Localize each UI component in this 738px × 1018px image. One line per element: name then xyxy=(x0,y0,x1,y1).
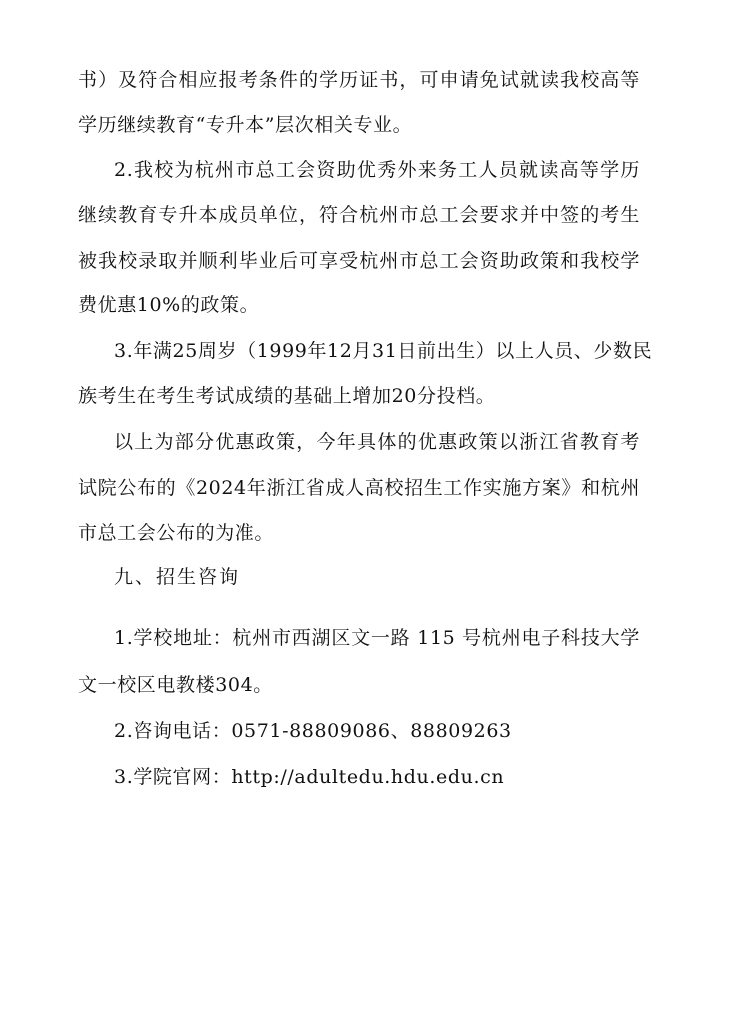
paragraph-line: 以上为部分优惠政策，今年具体的优惠政策以浙江省教育考 xyxy=(114,429,640,455)
section-heading: 九、招生咨询 xyxy=(114,564,640,590)
paragraph-line: 试院公布的《2024年浙江省成人高校招生工作实施方案》和杭州 xyxy=(78,475,640,501)
paragraph-line: 费优惠10%的政策。 xyxy=(78,292,640,318)
phone-line: 2.咨询电话：0571-88809086、88809263 xyxy=(114,718,640,744)
paragraph-line: 3.年满25周岁（1999年12月31日前出生）以上人员、少数民 xyxy=(114,338,640,364)
paragraph-line: 市总工会公布的为准。 xyxy=(78,520,640,546)
paragraph-line: 被我校录取并顺利毕业后可享受杭州市总工会资助政策和我校学 xyxy=(78,248,640,274)
document-page: 书）及符合相应报考条件的学历证书，可申请免试就读我校高等 学历继续教育“专升本”… xyxy=(0,0,738,1018)
paragraph-line: 学历继续教育“专升本”层次相关专业。 xyxy=(78,112,640,138)
paragraph-line: 2.我校为杭州市总工会资助优秀外来务工人员就读高等学历 xyxy=(114,157,640,183)
address-line: 1.学校地址：杭州市西湖区文一路 115 号杭州电子科技大学 xyxy=(114,625,640,651)
paragraph-line: 书）及符合相应报考条件的学历证书，可申请免试就读我校高等 xyxy=(78,67,640,93)
paragraph-line: 族考生在考生考试成绩的基础上增加20分投档。 xyxy=(78,383,640,409)
website-line: 3.学院官网：http://adultedu.hdu.edu.cn xyxy=(114,764,640,790)
address-line: 文一校区电教楼304。 xyxy=(78,672,640,698)
paragraph-line: 继续教育专升本成员单位，符合杭州市总工会要求并中签的考生 xyxy=(78,202,640,228)
